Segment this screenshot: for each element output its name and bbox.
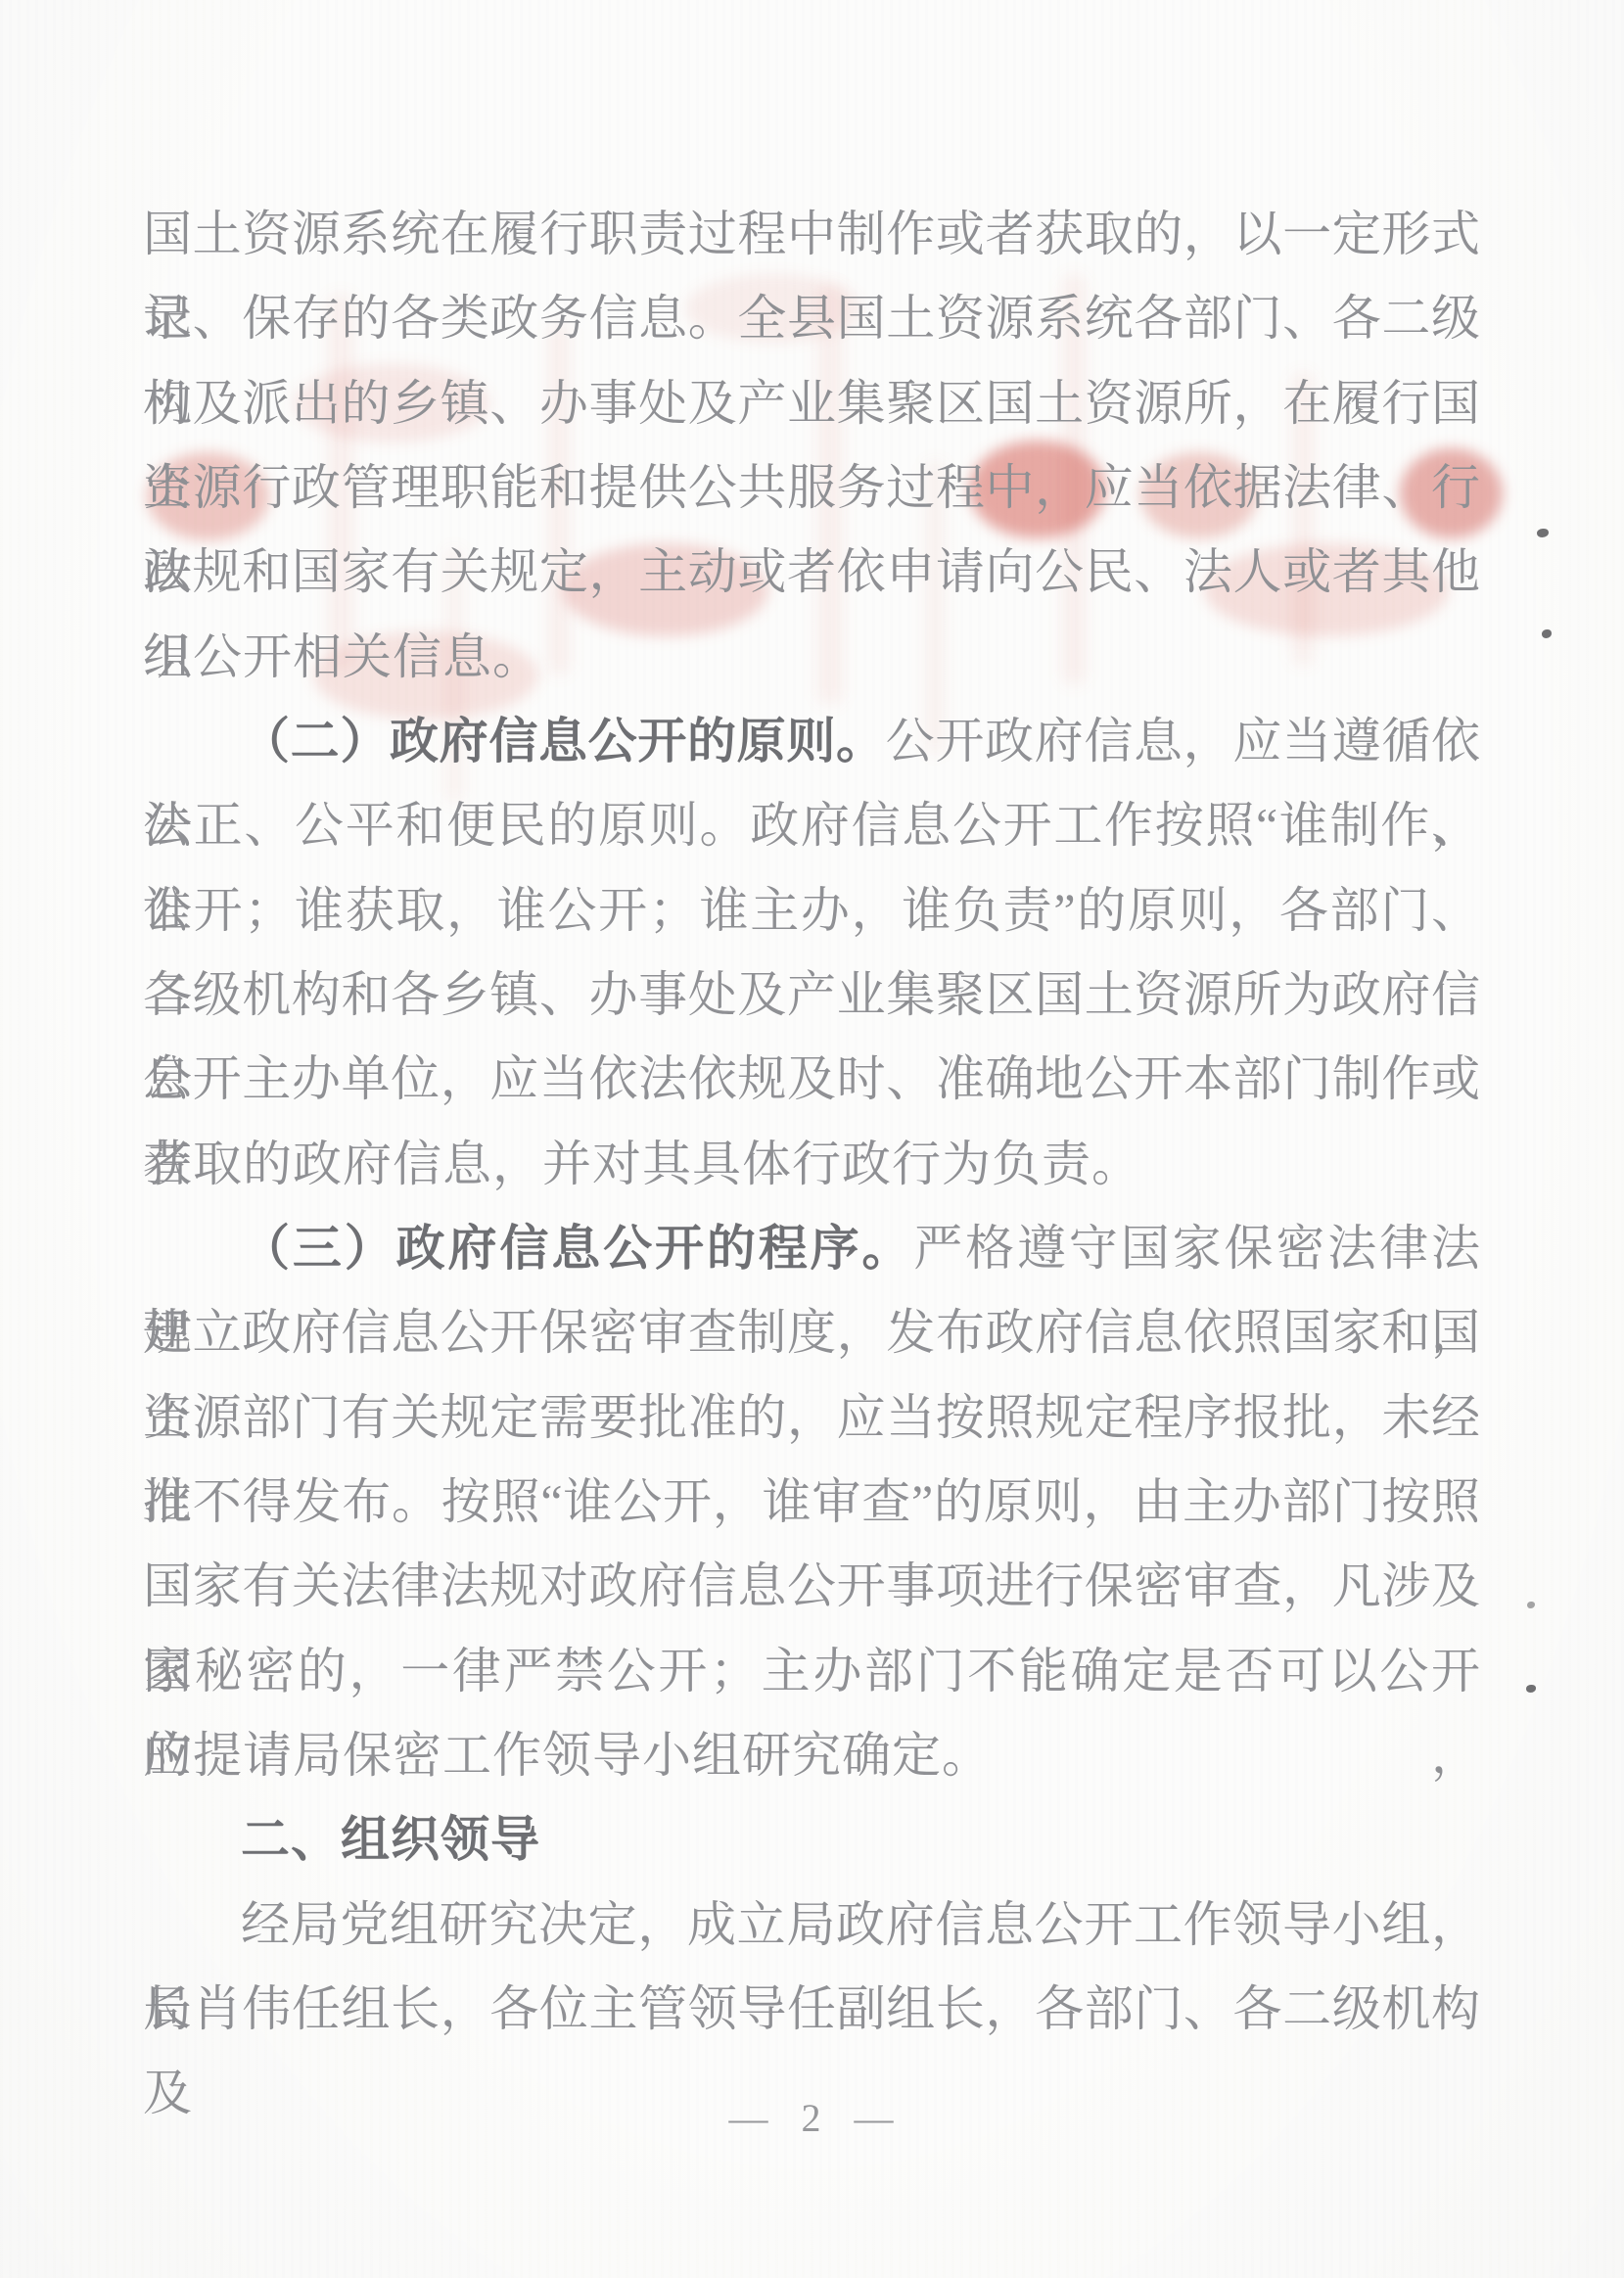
page-number: — 2 — — [0, 2095, 1624, 2141]
text-line: 准不得发布。按照“谁公开，谁审查”的原则，由主办部门按照 — [143, 1460, 1480, 1544]
text-line-chapter-heading: 二、组织领导 — [143, 1797, 1480, 1882]
text-line: 公正、公平和便民的原则。政府信息公开工作按照“谁制作，谁 — [143, 783, 1480, 867]
text-line-section-heading: （二）政府信息公开的原则。公开政府信息，应当遵循依法、 — [143, 699, 1480, 783]
ink-speck — [1542, 629, 1552, 638]
ink-speck — [1527, 1602, 1535, 1608]
line-text: 准不得发布。按照“谁公开，谁审查”的原则，由主办部门按照 — [143, 1474, 1480, 1529]
text-line: 国土资源系统在履行职责过程中制作或者获取的，以一定形式记 — [143, 192, 1480, 276]
text-line: 织公开相关信息。 — [143, 615, 1480, 699]
scanned-document-page: 国土资源系统在履行职责过程中制作或者获取的，以一定形式记 录、保存的各类政务信息… — [0, 0, 1624, 2278]
text-line-section-heading: （三）政府信息公开的程序。严格遵守国家保密法律法规， — [143, 1206, 1480, 1290]
text-line: 经局党组研究决定，成立局政府信息公开工作领导小组，局 — [143, 1883, 1480, 1967]
line-bold-text: 二、组织领导 — [241, 1812, 540, 1867]
text-line: 公开；谁获取，谁公开；谁主办，谁负责”的原则，各部门、各 — [143, 868, 1480, 953]
line-bold-text: （二）政府信息公开的原则。 — [241, 714, 886, 768]
text-line: 建立政府信息公开保密审查制度，发布政府信息依照国家和国土 — [143, 1290, 1480, 1374]
text-line: 长肖伟任组长，各位主管领导任副组长，各部门、各二级机构及 — [143, 1967, 1480, 2051]
ink-speck — [1526, 1685, 1536, 1693]
line-text: 织公开相关信息。 — [143, 629, 542, 684]
text-line: 获取的政府信息，并对其具体行政行为负责。 — [143, 1122, 1480, 1206]
text-line: 家秘密的，一律严禁公开；主办部门不能确定是否可以公开的， — [143, 1629, 1480, 1713]
line-bold-text: （三）政府信息公开的程序。 — [241, 1221, 913, 1276]
text-line: 公开主办单位，应当依法依规及时、准确地公开本部门制作或者 — [143, 1037, 1480, 1121]
text-line: 资源部门有关规定需要批准的，应当按照规定程序报批，未经批 — [143, 1375, 1480, 1460]
text-line: 二级机构和各乡镇、办事处及产业集聚区国土资源所为政府信息 — [143, 953, 1480, 1037]
text-line: 资源行政管理职能和提供公共服务过程中，应当依据法律、行政 — [143, 445, 1480, 530]
text-line: 国家有关法律法规对政府信息公开事项进行保密审查，凡涉及国 — [143, 1544, 1480, 1628]
document-text-block: 国土资源系统在履行职责过程中制作或者获取的，以一定形式记 录、保存的各类政务信息… — [143, 192, 1480, 2051]
line-text: 获取的政府信息，并对其具体行政行为负责。 — [143, 1137, 1141, 1191]
text-line: 构及派出的乡镇、办事处及产业集聚区国土资源所，在履行国土 — [143, 361, 1480, 445]
text-line: 录、保存的各类政务信息。全县国土资源系统各部门、各二级机 — [143, 276, 1480, 360]
line-text: 应提请局保密工作领导小组研究确定。 — [143, 1728, 992, 1783]
ink-speck — [1537, 529, 1549, 537]
text-line: 法规和国家有关规定，主动或者依申请向公民、法人或者其他组 — [143, 530, 1480, 614]
